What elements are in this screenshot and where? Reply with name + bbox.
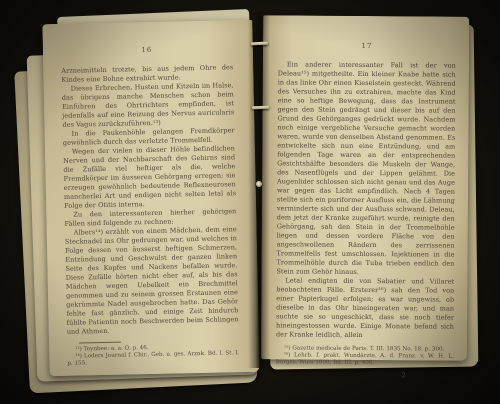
right-page-text: Ein anderer interessanter Fall ist der v… (276, 60, 456, 340)
right-page-footnotes: ¹⁵) Gazette médicale de Paris. T. III. 1… (276, 345, 454, 368)
footnote: ¹⁶) Lehrb. f. prakt. Wundärzte. A. d. Fr… (276, 353, 454, 369)
paragraph: Letal endigten die von Sabatier und Vill… (276, 276, 454, 340)
signature-mark: 2 (276, 370, 454, 379)
sewing-hole (256, 181, 262, 187)
left-page: 16 Arzneimitteln trotzte, bis aus jedem … (42, 20, 259, 376)
page-number-right: 17 (278, 41, 456, 50)
footnote: ¹⁴) Loders Journal f. Chir., Geb. u. ges… (67, 350, 239, 368)
footnote-rule (79, 342, 121, 344)
paragraph: Albers¹⁴) erzählt von einem Mädchen, dem… (65, 225, 239, 337)
paragraph: Ein anderer interessanter Fall ist der v… (276, 60, 456, 277)
paragraph: Wegen der vielen in dieser Höhle befindl… (63, 144, 236, 211)
paragraph: Dieses Erbrechen, Husten und Kitzeln im … (62, 81, 235, 130)
left-page-text: Arzneimitteln trotzte, bis aus jedem Ohr… (61, 63, 239, 337)
binding-thread-middle (252, 106, 269, 110)
photo-background: 16 Arzneimitteln trotzte, bis aus jedem … (0, 0, 500, 404)
page-number-left: 16 (61, 44, 233, 56)
left-page-footnotes: ¹³) Toynbee: a. a. O. p. 46. ¹⁴) Loders … (67, 339, 239, 368)
right-page: 17 Ein anderer interessanter Fall ist de… (261, 15, 469, 360)
